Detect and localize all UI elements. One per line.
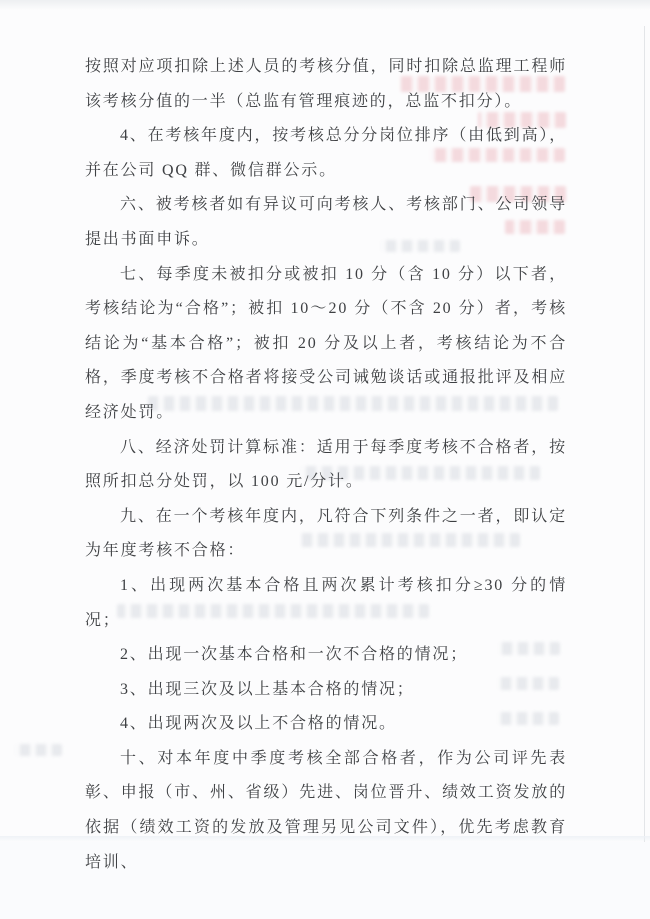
document-body: 按照对应项扣除上述人员的考核分值，同时扣除总监理工程师该考核分值的一半（总监有管… [85, 50, 567, 880]
paragraph: 六、被考核者如有异议可向考核人、考核部门、公司领导提出书面申诉。 [85, 188, 567, 257]
paragraph: 4、出现两次及以上不合格的情况。 [85, 707, 567, 742]
scan-edge-shadow-top [0, 0, 650, 10]
paragraph: 八、经济处罚计算标准：适用于每季度考核不合格者，按照所扣总分处罚，以 100 元… [85, 431, 567, 500]
paragraph: 3、出现三次及以上基本合格的情况； [85, 673, 567, 708]
scan-page-edge-line [644, 26, 645, 919]
paragraph: 按照对应项扣除上述人员的考核分值，同时扣除总监理工程师该考核分值的一半（总监有管… [85, 50, 567, 119]
paragraph: 2、出现一次基本合格和一次不合格的情况； [85, 638, 567, 673]
paragraph: 1、出现两次基本合格且两次累计考核扣分≥30 分的情况； [85, 569, 567, 638]
paragraph: 七、每季度未被扣分或被扣 10 分（含 10 分）以下者，考核结论为“合格”；被… [85, 258, 567, 431]
paragraph: 九、在一个考核年度内，凡符合下列条件之一者，即认定为年度考核不合格： [85, 500, 567, 569]
paragraph: 十、对本年度中季度考核全部合格者，作为公司评先表彰、申报（市、州、省级）先进、岗… [85, 742, 567, 880]
scanned-page: 按照对应项扣除上述人员的考核分值，同时扣除总监理工程师该考核分值的一半（总监有管… [0, 0, 650, 919]
paragraph: 4、在考核年度内，按考核总分分岗位排序（由低到高），并在公司 QQ 群、微信群公… [85, 119, 567, 188]
bleed-through-gray-mark [14, 744, 62, 756]
